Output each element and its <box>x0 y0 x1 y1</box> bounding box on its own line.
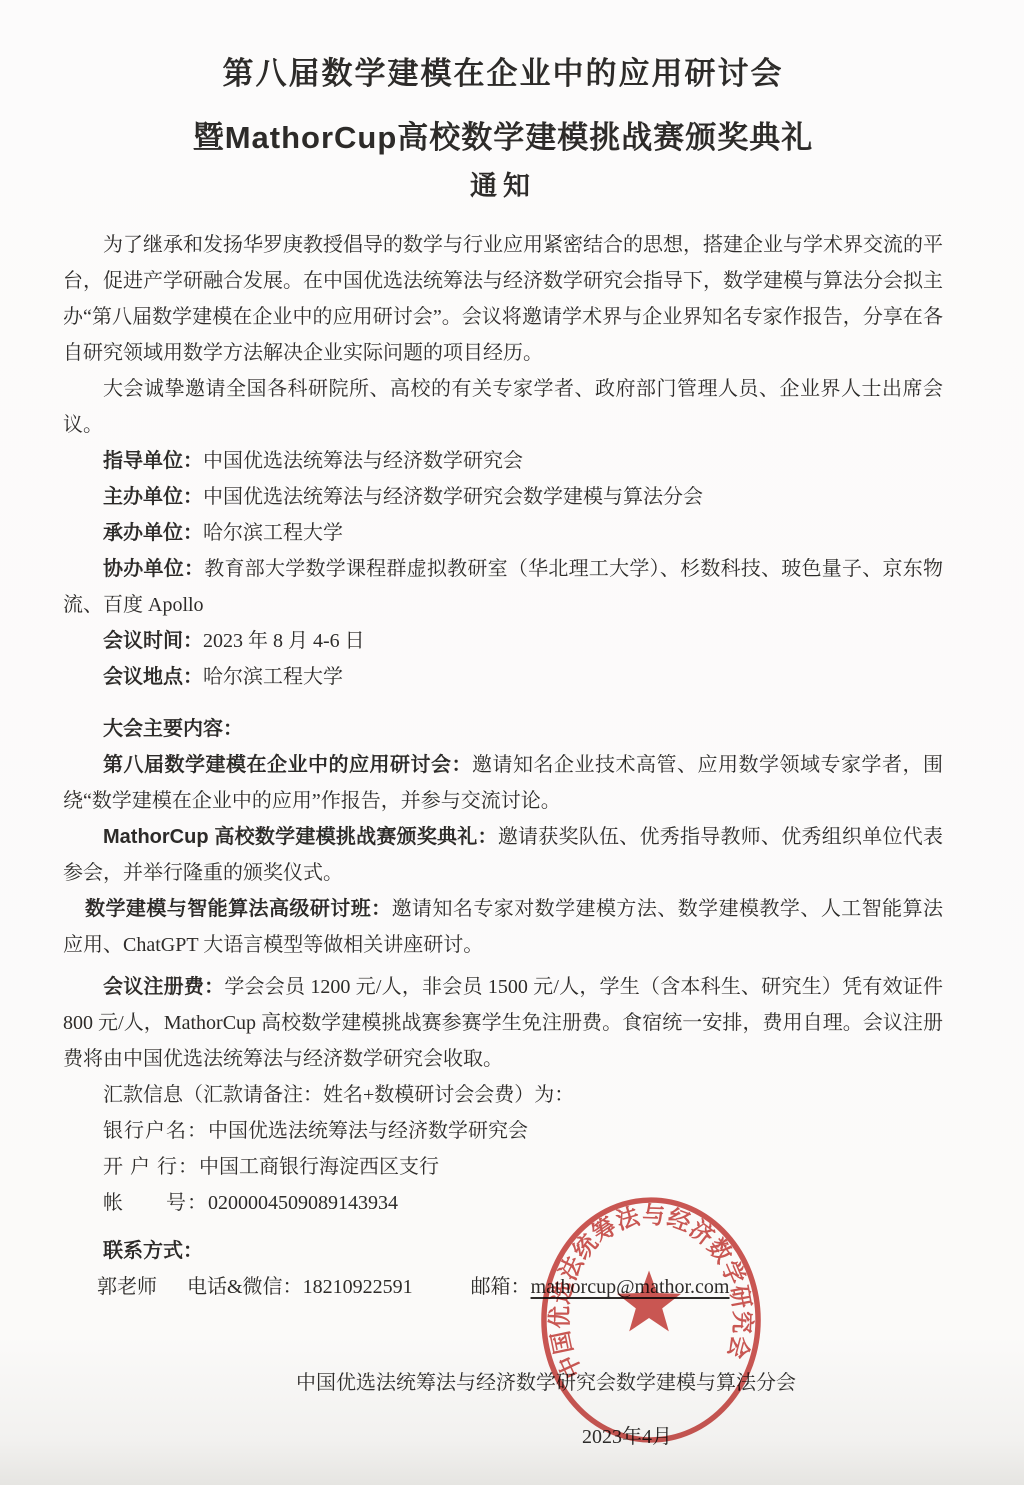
remittance-value: 中国优选法统筹法与经济数学研究会 <box>208 1120 528 1142</box>
org-value: 中国优选法统筹法与经济数学研究会 <box>203 450 523 472</box>
signature-date: 2023年4月 <box>187 1419 1024 1455</box>
org-label: 会议时间： <box>103 630 203 652</box>
remittance-label: 帐 号： <box>103 1192 208 1214</box>
org-row-guidance: 指导单位：中国优选法统筹法与经济数学研究会 <box>63 443 943 479</box>
agenda-item-title: MathorCup 高校数学建模挑战赛颁奖典礼： <box>103 826 498 848</box>
org-row-coorganizer: 协办单位：教育部大学数学课程群虚拟教研室（华北理工大学）、杉数科技、玻色量子、京… <box>63 551 943 623</box>
contact-heading: 联系方式： <box>63 1233 943 1269</box>
agenda-item-title: 数学建模与智能算法高级研讨班： <box>85 898 392 920</box>
org-label: 协办单位： <box>103 558 204 580</box>
org-value: 哈尔滨工程大学 <box>203 666 343 688</box>
remittance-row-account-name: 银行户名：中国优选法统筹法与经济数学研究会 <box>63 1113 943 1149</box>
document-title-line1: 第八届数学建模在企业中的应用研讨会 <box>63 56 943 92</box>
document-title-notice: 通知 <box>63 169 943 203</box>
org-value: 中国优选法统筹法与经济数学研究会数学建模与算法分会 <box>203 486 703 508</box>
intro-paragraph-1: 为了继承和发扬华罗庚教授倡导的数学与行业应用紧密结合的思想，搭建企业与学术界交流… <box>63 227 943 371</box>
contact-person: 郭老师 <box>97 1276 157 1298</box>
org-label: 主办单位： <box>103 486 203 508</box>
remittance-value: 中国工商银行海淀西区支行 <box>199 1156 439 1178</box>
agenda-item-title: 第八届数学建模在企业中的应用研讨会： <box>103 754 472 776</box>
org-row-time: 会议时间：2023 年 8 月 4-6 日 <box>63 623 943 659</box>
organization-list: 指导单位：中国优选法统筹法与经济数学研究会 主办单位：中国优选法统筹法与经济数学… <box>63 443 943 695</box>
contact-email-link[interactable]: mathorcup@mathor.com <box>531 1276 730 1298</box>
signature-organization: 中国优选法统筹法与经济数学研究会数学建模与算法分会 <box>63 1365 943 1401</box>
org-row-venue: 会议地点：哈尔滨工程大学 <box>63 659 943 695</box>
document-title-line2: 暨MathorCup高校数学建模挑战赛颁奖典礼 <box>63 120 943 156</box>
official-seal: 中国优选法统筹法与经济数学研究会 <box>537 1193 765 1449</box>
contact-phone-number: 18210922591 <box>303 1276 413 1298</box>
org-value: 哈尔滨工程大学 <box>203 522 343 544</box>
remittance-label: 银行户名： <box>103 1120 208 1142</box>
registration-fee-paragraph: 会议注册费：学会会员 1200 元/人，非会员 1500 元/人，学生（含本科生… <box>63 969 943 1077</box>
remittance-label: 开 户 行： <box>103 1156 199 1178</box>
registration-fee-label: 会议注册费： <box>103 976 224 998</box>
org-row-undertaker: 承办单位：哈尔滨工程大学 <box>63 515 943 551</box>
agenda-item-symposium: 第八届数学建模在企业中的应用研讨会：邀请知名企业技术高管、应用数学领域专家学者，… <box>63 747 943 819</box>
notice-document: 第八届数学建模在企业中的应用研讨会 暨MathorCup高校数学建模挑战赛颁奖典… <box>0 0 1024 1485</box>
remittance-intro: 汇款信息（汇款请备注：姓名+数模研讨会会费）为： <box>63 1077 943 1113</box>
remittance-value: 0200004509089143934 <box>208 1192 398 1214</box>
org-label: 指导单位： <box>103 450 203 472</box>
remittance-row-bank: 开 户 行：中国工商银行海淀西区支行 <box>63 1149 943 1185</box>
org-label: 承办单位： <box>103 522 203 544</box>
contact-line: 郭老师电话&微信：18210922591邮箱：mathorcup@mathor.… <box>63 1269 943 1305</box>
remittance-row-account-number: 帐 号：0200004509089143934 <box>63 1185 943 1221</box>
contact-email-label: 邮箱： <box>471 1276 531 1298</box>
agenda-item-seminar: 数学建模与智能算法高级研讨班：邀请知名专家对数学建模方法、数学建模教学、人工智能… <box>63 891 943 963</box>
org-row-host: 主办单位：中国优选法统筹法与经济数学研究会数学建模与算法分会 <box>63 479 943 515</box>
agenda-item-award-ceremony: MathorCup 高校数学建模挑战赛颁奖典礼：邀请获奖队伍、优秀指导教师、优秀… <box>63 819 943 891</box>
agenda-heading: 大会主要内容： <box>63 711 943 747</box>
org-label: 会议地点： <box>103 666 203 688</box>
intro-paragraph-2: 大会诚挚邀请全国各科研院所、高校的有关专家学者、政府部门管理人员、企业界人士出席… <box>63 371 943 443</box>
org-value: 2023 年 8 月 4-6 日 <box>203 630 365 652</box>
contact-phone-label: 电话&微信： <box>187 1276 303 1298</box>
